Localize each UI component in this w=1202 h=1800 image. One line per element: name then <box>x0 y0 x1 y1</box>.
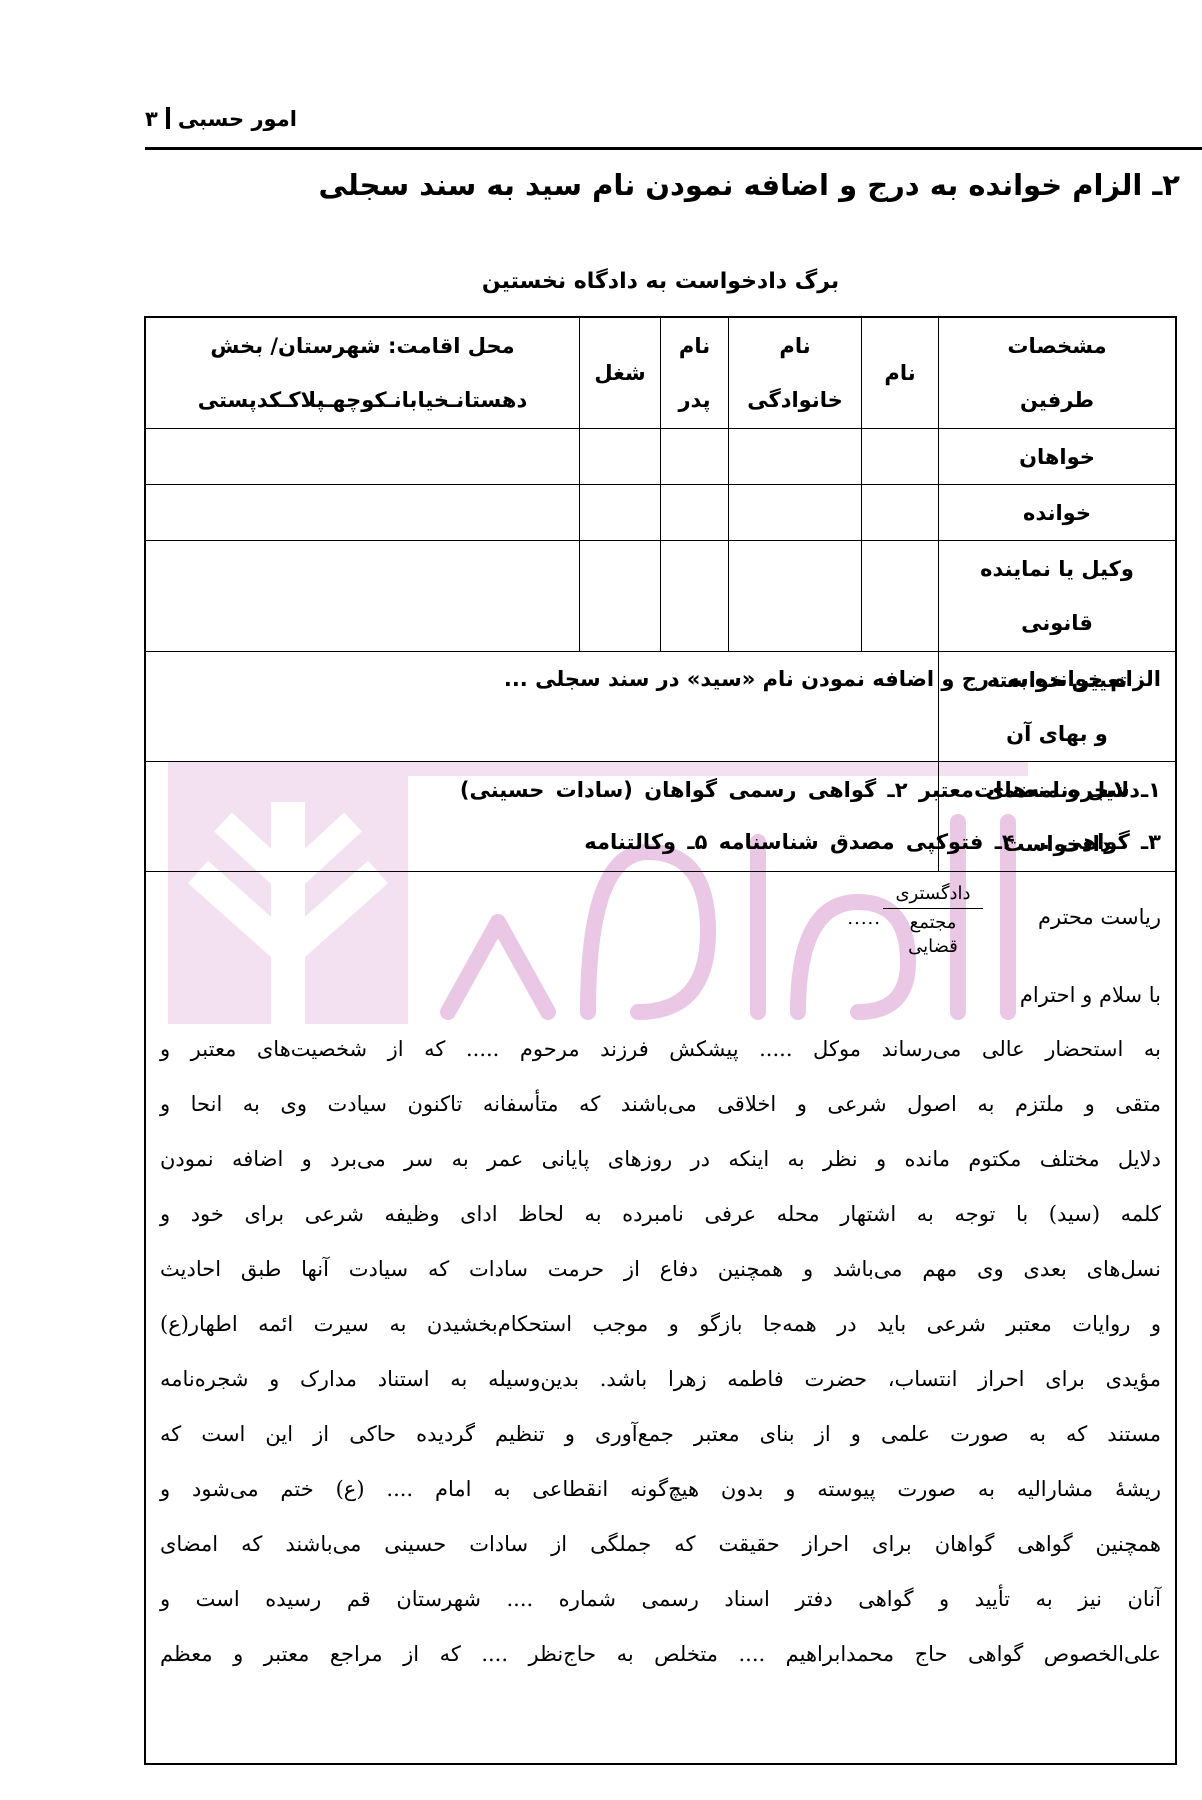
letter-line: و روایات معتبر شرعی باید در همه‌جا بازگو… <box>160 1297 1161 1352</box>
petition-form-table: مشخصات طرفین نام نام خانوادگی نام پدر شغ… <box>144 316 1177 1765</box>
defendant-label-text: خوانده <box>1023 486 1091 540</box>
evidence-row: دلایل و منضمات دادخواست ۱ـ شجره‌نامه‌های… <box>146 762 1175 872</box>
request-row: تعیین خواسته و بهای آن الزام خوانده به د… <box>146 652 1175 762</box>
letter-line: آنان نیز به تأیید و گواهی دفتر اسناد رسم… <box>160 1572 1161 1627</box>
header-family-line2: خانوادگی <box>747 373 843 427</box>
header-name-label: نام <box>884 346 915 400</box>
defendant-family-field[interactable] <box>728 485 861 540</box>
plaintiff-address-field[interactable] <box>146 429 579 484</box>
attorney-row: وکیل یا نماینده قانونی <box>146 541 1175 652</box>
header-father-line1: نام <box>679 319 710 373</box>
letter-line: کلمه (سید) با توجه به اشتهار محله عرفی ن… <box>160 1187 1161 1242</box>
greeting: با سلام و احترام <box>160 968 1161 1022</box>
header-father-name: نام پدر <box>660 318 728 428</box>
plaintiff-name-field[interactable] <box>861 429 938 484</box>
letter-line: متقی و ملتزم به اصول شرعی و اخلاقی می‌با… <box>160 1077 1161 1132</box>
letter-line: علی‌الخصوص گواهی حاج محمدابراهیم .... مت… <box>160 1627 1161 1682</box>
addressee-court-fraction: دادگستری مجتمع قضایی <box>883 882 983 959</box>
section-title: ۲ـ الزام خوانده به درج و اضافه نمودن نام… <box>140 163 1180 207</box>
defendant-occupation-field[interactable] <box>579 485 660 540</box>
header-father-line2: پدر <box>678 373 710 427</box>
attorney-family-field[interactable] <box>728 541 861 651</box>
defendant-address-field[interactable] <box>146 485 579 540</box>
running-head: امور حسبی۳ <box>145 104 445 134</box>
addressee-court-bottom: مجتمع قضایی <box>883 909 983 959</box>
request-text: الزام خوانده به درج و اضافه نمودن نام «س… <box>383 652 1175 706</box>
evidence-list: ۱ـ شجره‌نامه‌های معتبر ۲ـ گواهی رسمی گوا… <box>383 764 1175 868</box>
attorney-name-field[interactable] <box>861 541 938 651</box>
header-parties: مشخصات طرفین <box>938 318 1175 428</box>
attorney-occupation-field[interactable] <box>579 541 660 651</box>
defendant-name-field[interactable] <box>861 485 938 540</box>
attorney-label-line2: قانونی <box>1021 596 1093 650</box>
letter-line: همچنین گواهی گواهان برای احراز حقیقت که … <box>160 1517 1161 1572</box>
addressee-placeholder-dots: ..... <box>847 908 881 929</box>
header-occupation: شغل <box>579 318 660 428</box>
letter-line: دلایل مختلف مکتوم مانده و نظر به اینکه د… <box>160 1132 1161 1187</box>
letter-paragraph: به استحضار عالی می‌رساند موکل ..... پیشک… <box>160 1022 1161 1682</box>
request-label-line2: و بهای آن <box>1006 707 1108 761</box>
letter-body-row: ریاست محترم دادگستری مجتمع قضایی ..... ب… <box>146 872 1175 1763</box>
form-caption: برگ دادخواست به دادگاه نخستین <box>144 265 1177 299</box>
header-name: نام <box>861 318 938 428</box>
plaintiff-occupation-field[interactable] <box>579 429 660 484</box>
plaintiff-label-text: خواهان <box>1019 430 1095 484</box>
header-parties-line2: طرفین <box>1020 373 1094 427</box>
plaintiff-family-field[interactable] <box>728 429 861 484</box>
addressee-court-top: دادگستری <box>883 882 983 909</box>
header-family-line1: نام <box>779 319 810 373</box>
defendant-father-field[interactable] <box>660 485 728 540</box>
header-address-line2: دهستانـخیابانـکوچهـپلاکـکدپستی <box>198 373 528 427</box>
attorney-address-field[interactable] <box>146 541 579 651</box>
attorney-label: وکیل یا نماینده قانونی <box>938 541 1175 651</box>
table-header-row: مشخصات طرفین نام نام خانوادگی نام پدر شغ… <box>146 318 1175 429</box>
letter-line: به استحضار عالی می‌رساند موکل ..... پیشک… <box>160 1022 1161 1077</box>
letter-line: مؤیدی برای احراز انتساب، حضرت فاطمه زهرا… <box>160 1352 1161 1407</box>
letter-line: نسل‌های بعدی وی مهم می‌باشد و همچنین دفا… <box>160 1242 1161 1297</box>
plaintiff-label: خواهان <box>938 429 1175 484</box>
header-parties-line1: مشخصات <box>1007 319 1106 373</box>
header-address: محل اقامت: شهرستان/ بخش دهستانـخیابانـکو… <box>146 318 579 428</box>
page-number: ۳ <box>145 107 158 131</box>
letter-line: ریشهٔ مشارالیه به صورت پیوسته و بدون هیچ… <box>160 1462 1161 1517</box>
separator-bar <box>166 107 170 129</box>
book-title: امور حسبی <box>178 107 297 131</box>
petition-letter: ریاست محترم دادگستری مجتمع قضایی ..... ب… <box>146 872 1175 1682</box>
addressee-lead: ریاست محترم <box>1038 902 1161 932</box>
defendant-label: خوانده <box>938 485 1175 540</box>
plaintiff-father-field[interactable] <box>660 429 728 484</box>
evidence-line: ۱ـ شجره‌نامه‌های معتبر ۲ـ گواهی رسمی گوا… <box>397 764 1161 816</box>
attorney-label-line1: وکیل یا نماینده <box>980 542 1134 596</box>
addressee-block: ریاست محترم دادگستری مجتمع قضایی ..... <box>160 872 1161 968</box>
header-occupation-label: شغل <box>594 346 645 400</box>
header-rule <box>145 147 1202 150</box>
plaintiff-row: خواهان <box>146 429 1175 485</box>
evidence-line: ۳ـ گواهی ... ۴ـ فتوکپی مصدق شناسنامه ۵ـ … <box>397 816 1161 868</box>
defendant-row: خوانده <box>146 485 1175 541</box>
attorney-father-field[interactable] <box>660 541 728 651</box>
header-address-line1: محل اقامت: شهرستان/ بخش <box>210 319 514 373</box>
header-family-name: نام خانوادگی <box>728 318 861 428</box>
letter-line: مستند که به صورت علمی و از بنای معتبر جم… <box>160 1407 1161 1462</box>
